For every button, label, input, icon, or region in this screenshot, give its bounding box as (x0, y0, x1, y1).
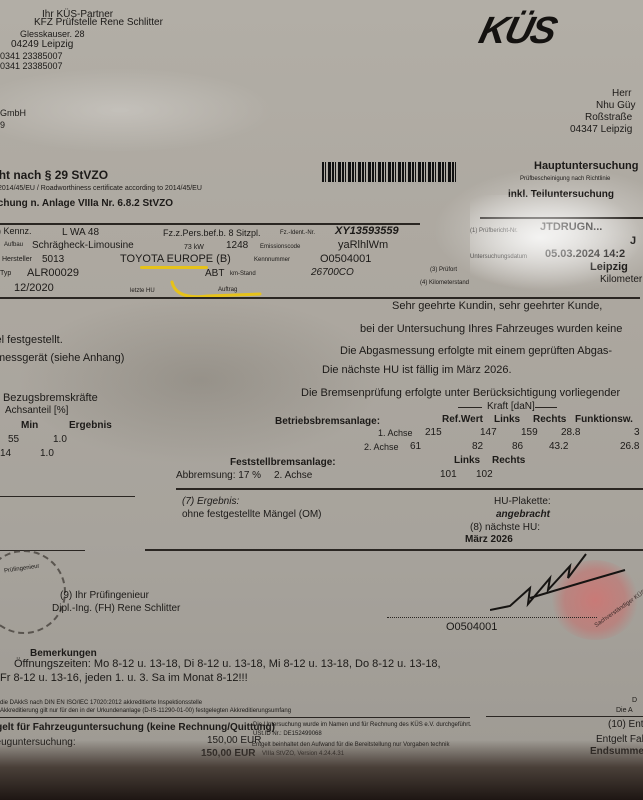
axle-func: 28.8 (561, 427, 580, 438)
partner-street: Glesskauser. 28 (20, 29, 85, 39)
result-value: ohne festgestellte Mängel (OM) (182, 509, 322, 520)
barcode (322, 162, 456, 182)
emission-value: yaRlhlWm (338, 239, 388, 251)
col-right: Rechts (533, 414, 566, 425)
col-left: Links (494, 414, 520, 425)
partner-phone: 0341 23385007 (0, 51, 63, 61)
certificate-basis: Untersuchung n. Anlage VIIIa Nr. 6.8.2 S… (0, 198, 173, 209)
recipient-city: 04347 Leipzig (570, 124, 632, 135)
result-label: (7) Ergebnis: (182, 496, 239, 507)
type-label: Typ (0, 270, 11, 277)
last-hu-label: letzte HU (130, 288, 155, 294)
plate-label: (1) Kennz. (0, 226, 32, 236)
inspection-place-label: (3) Prüfort (430, 267, 457, 273)
partner-city: 04249 Leipzig (11, 39, 73, 50)
examiner-name: Dipl.-Ing. (FH) Rene Schlitter (52, 603, 180, 614)
axle-left: 147 (480, 427, 497, 438)
min-label: Min (21, 420, 38, 431)
displacement-value: 1248 (226, 240, 248, 251)
inspection-place-value: Leipzig (590, 261, 628, 273)
inspection-code-value: J (630, 235, 636, 247)
axle-label: 1. Achse (378, 428, 413, 438)
next-hu-label: (8) nächste HU: (470, 522, 540, 533)
body-label: Aufbau (4, 242, 23, 248)
plate-sticker-value: angebracht (496, 509, 550, 520)
photo-shadow (0, 740, 643, 800)
plate-value: L WA 48 (62, 227, 99, 238)
divider (0, 297, 640, 299)
power-value: 73 kW (184, 244, 204, 251)
left-row-min: 55 (8, 434, 19, 445)
inspection-mileage-value: Kilometer (600, 274, 642, 285)
signature-line (387, 617, 597, 618)
kues-logo: KÜS (475, 10, 560, 53)
divider (535, 407, 557, 408)
letter-line-1: bei der Untersuchung Ihres Fahrzeuges wu… (360, 323, 622, 335)
divider (176, 488, 643, 490)
parking-deceleration: Abbremsung: 17 % (176, 470, 261, 481)
examiner-number: O0504001 (446, 621, 497, 633)
inspection-mileage-label: (4) Kilometerstand (420, 280, 469, 286)
examiner-label: (9) Ihr Prüfingenieur (60, 590, 149, 601)
vehicle-class: Fz.z.Pers.bef.b. 8 Sitzpl. (163, 228, 261, 238)
force-label: Kraft [daN] (487, 401, 535, 412)
plate-sticker-label: HU-Plakette: (494, 496, 551, 507)
right-note-2: Die A (616, 707, 633, 714)
parking-col-right: Rechts (492, 455, 525, 466)
vin-value: XY13593559 (335, 225, 399, 237)
next-hu-value: März 2026 (465, 534, 513, 545)
letter-greeting: Sehr geehrte Kundin, sehr geehrter Kunde… (392, 300, 602, 312)
remarks-line-1: Öffnungszeiten: Mo 8-12 u. 13-18, Di 8-1… (14, 658, 441, 670)
type-value: ALR00029 (27, 267, 79, 279)
accreditation-note-2: Akkreditierung gilt nur für den in der U… (0, 708, 291, 714)
axle-extra: 26.8 (620, 441, 639, 452)
highlight-marker (140, 266, 208, 269)
partner-misc-1: GmbH (0, 108, 26, 118)
axle-extra: 3 (634, 427, 640, 438)
partner-misc-2: 9 (0, 120, 5, 130)
letter-line-3: Die Abgasmessung erfolgte mit einem gepr… (340, 345, 612, 357)
divider (0, 717, 470, 718)
divider (486, 716, 643, 717)
inspection-date-label: Untersuchungsdatum (470, 254, 527, 260)
parking-col-left: Links (454, 455, 480, 466)
fee-title: Entgelt für Fahrzeuguntersuchung (keine … (0, 722, 275, 733)
parking-right: 102 (476, 469, 493, 480)
partner-fax: 0341 23385007 (0, 61, 63, 71)
divider (480, 217, 643, 219)
footer-small-1: Die Untersuchung wurde im Namen und für … (253, 722, 472, 728)
certificate-partial: inkl. Teiluntersuchung (508, 189, 614, 200)
left-row-result: 1.0 (40, 448, 54, 459)
parking-axle: 2. Achse (274, 470, 312, 481)
axle-right: 159 (521, 427, 538, 438)
col-ref: Ref.Wert (442, 414, 483, 425)
manufacturer-name: TOYOTA EUROPE (B) (120, 253, 231, 265)
certificate-subtitle: 2014/45/EU / Roadworthiness certificate … (0, 185, 202, 192)
remarks-line-2: Fr 8-12 u. 13-16, jeden 1. u. 3. Sa im M… (0, 672, 248, 684)
inspection-date-value: 05.03.2024 14:2 (545, 248, 625, 260)
mileage-label: km-Stand (230, 271, 256, 277)
signature (490, 548, 630, 618)
axle-ref: 215 (425, 427, 442, 438)
certificate-type: Hauptuntersuchung (534, 160, 639, 172)
accreditation-note-1: die DAkkS nach DIN EN ISO/IEC 17020:2012… (0, 700, 202, 706)
fee-right-label: (10) Entgelt (608, 719, 643, 730)
result-label: Ergebnis (69, 420, 112, 431)
recipient-street: Roßstraße (585, 112, 632, 123)
divider (0, 496, 135, 497)
highlight-marker (168, 278, 263, 304)
vin-label: Fz.-Ident.-Nr. (280, 230, 315, 236)
inspection-no-value: JTDRUGN... (540, 221, 602, 233)
id-label: Kennnummer (254, 257, 290, 263)
certificate-title: Untersuchungsbericht nach § 29 StVZO (0, 168, 108, 182)
service-brake-label: Betriebsbremsanlage: (275, 416, 380, 427)
recipient-salutation: Herr (612, 88, 631, 99)
col-func: Funktionsw. (575, 414, 633, 425)
mileage-value: 26700CO (311, 267, 354, 278)
letter-line-4: messgerät (siehe Anhang) (0, 352, 124, 364)
emission-label: Emissionscode (260, 244, 300, 250)
axle-left: 82 (472, 441, 483, 452)
divider (458, 407, 482, 408)
id-value: O0504001 (320, 253, 371, 265)
axle-share-label: Achsanteil [%] (5, 405, 68, 416)
left-row-min: 14 (0, 448, 11, 459)
axle-func: 43.2 (549, 441, 568, 452)
body-value: Schrägheck-Limousine (32, 240, 134, 251)
axle-right: 86 (512, 441, 523, 452)
axle-label: 2. Achse (364, 442, 399, 452)
first-registration: 12/2020 (14, 282, 54, 294)
manufacturer-code: 5013 (42, 254, 64, 265)
certificate-type-sub: Prüfbescheinigung nach Richtlinie (520, 176, 610, 182)
parking-left: 101 (440, 469, 457, 480)
letter-line-5: Die nächste HU ist fällig im März 2026. (322, 364, 512, 376)
parking-brake-label: Feststellbremsanlage: (230, 457, 336, 468)
partner-name: KFZ Prüfstelle Rene Schlitter (34, 17, 163, 28)
axle-ref: 61 (410, 441, 421, 452)
letter-line-7: der Bezugsbremskräfte (0, 392, 98, 404)
recipient-name: Nhu Güy (596, 100, 635, 111)
letter-line-6: Die Bremsenprüfung erfolgte unter Berück… (301, 387, 620, 399)
footer-small-2: USt.ID Nr.: DE152499068 (253, 731, 322, 737)
inspection-no-label: (1) Prüfbericht-Nr. (470, 228, 518, 234)
left-row-result: 1.0 (53, 434, 67, 445)
letter-line-2: Mängel festgestellt. (0, 334, 63, 346)
right-note-1: D (632, 697, 637, 704)
manufacturer-label: Hersteller (2, 256, 32, 263)
